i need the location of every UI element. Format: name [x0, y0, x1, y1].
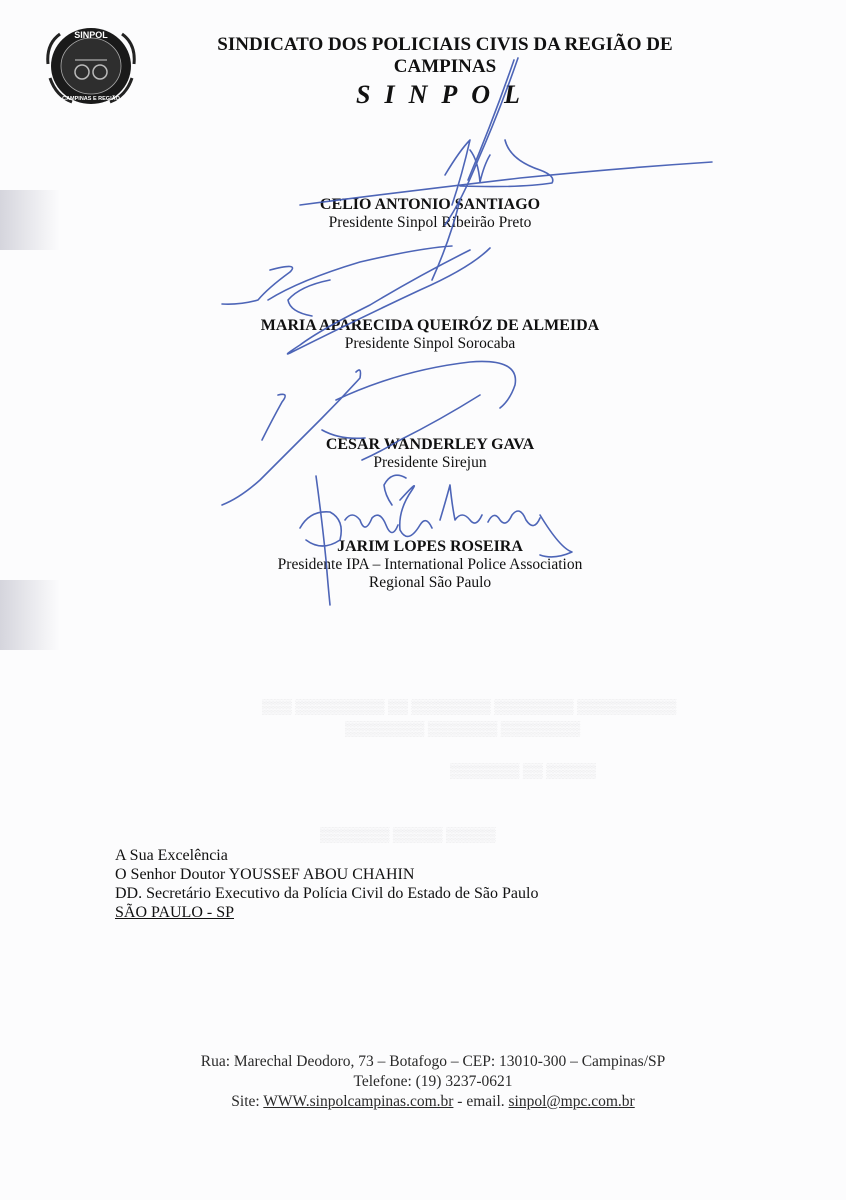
svg-text:SINPOL: SINPOL: [74, 30, 108, 40]
footer-phone: Telefone: (19) 3237-0621: [100, 1072, 766, 1092]
signature-stroke: [262, 394, 285, 440]
signatory-name: JARIM LOPES ROSEIRA: [210, 538, 650, 556]
signature-stroke: [460, 140, 553, 187]
signatory-block: JARIM LOPES ROSEIRA Presidente IPA – Int…: [210, 538, 650, 592]
recipient-city: SÃO PAULO - SP: [115, 903, 538, 922]
show-through-text: ▒▒▒▒▒▒▒ ▒▒▒▒▒ ▒▒▒▒▒: [320, 828, 496, 844]
svg-text:CAMPINAS E REGIÃO: CAMPINAS E REGIÃO: [62, 95, 120, 102]
recipient-title: DD. Secretário Executivo da Polícia Civi…: [115, 884, 538, 903]
signature-stroke: [345, 515, 398, 533]
footer-site-label: Site:: [231, 1093, 259, 1110]
organization-acronym: SINPOL: [170, 80, 720, 110]
letterhead: SINDICATO DOS POLICIAIS CIVIS DA REGIÃO …: [170, 34, 720, 110]
recipient-name: O Senhor Doutor YOUSSEF ABOU CHAHIN: [115, 865, 538, 884]
signatory-block: CESAR WANDERLEY GAVA Presidente Sirejun: [230, 436, 630, 472]
recipient-salutation: A Sua Excelência: [115, 846, 538, 865]
signatory-title-line2: Regional São Paulo: [210, 574, 650, 592]
signatory-name: CESAR WANDERLEY GAVA: [230, 436, 630, 454]
signature-stroke: [336, 361, 515, 408]
letterhead-footer: Rua: Marechal Deodoro, 73 – Botafogo – C…: [100, 1052, 766, 1112]
signatory-title: Presidente Sinpol Ribeirão Preto: [230, 214, 630, 232]
footer-contact-line: Site: WWW.sinpolcampinas.com.br - email.…: [100, 1092, 766, 1112]
signatory-title: Presidente IPA – International Police As…: [210, 556, 650, 574]
signatory-title: Presidente Sinpol Sorocaba: [200, 335, 660, 353]
signature-stroke: [268, 246, 452, 300]
signatory-block: CELIO ANTONIO SANTIAGO Presidente Sinpol…: [230, 196, 630, 232]
handwritten-signatures: [0, 0, 846, 1200]
sinpol-badge-icon: SINPOL CAMPINAS E REGIÃO: [42, 24, 140, 106]
signature-stroke: [384, 475, 406, 505]
signature-stroke: [222, 266, 293, 304]
signature-stroke: [440, 485, 482, 523]
signature-stroke: [488, 511, 540, 526]
signatory-name: CELIO ANTONIO SANTIAGO: [230, 196, 630, 214]
organization-name-line1: SINDICATO DOS POLICIAIS CIVIS DA REGIÃO …: [170, 34, 720, 56]
footer-address: Rua: Marechal Deodoro, 73 – Botafogo – C…: [100, 1052, 766, 1072]
signatory-title: Presidente Sirejun: [230, 454, 630, 472]
website-link[interactable]: WWW.sinpolcampinas.com.br: [263, 1093, 453, 1110]
email-link[interactable]: sinpol@mpc.com.br: [509, 1093, 635, 1110]
signature-stroke: [288, 280, 330, 316]
show-through-text: ▒▒▒▒▒▒▒ ▒▒ ▒▒▒▒▒: [450, 764, 596, 780]
recipient-address-block: A Sua Excelência O Senhor Doutor YOUSSEF…: [115, 846, 538, 922]
signatory-name: MARIA APARECIDA QUEIRÓZ DE ALMEIDA: [200, 317, 660, 335]
organization-name-line2: CAMPINAS: [170, 56, 720, 78]
scan-shadow-bottom: [0, 580, 60, 650]
show-through-text: ▒▒▒ ▒▒▒▒▒▒▒▒▒ ▒▒ ▒▒▒▒▒▒▒▒ ▒▒▒▒▒▒▒▒ ▒▒▒▒▒…: [262, 700, 676, 716]
signature-stroke: [400, 486, 432, 537]
signatory-block: MARIA APARECIDA QUEIRÓZ DE ALMEIDA Presi…: [200, 317, 660, 353]
show-through-text: ▒▒▒▒▒▒▒▒ ▒▒▒▒▒▒▒ ▒▒▒▒▒▒▒▒: [345, 722, 580, 738]
scan-shadow-top: [0, 190, 60, 250]
footer-separator: - email.: [457, 1093, 504, 1110]
signature-stroke: [470, 150, 490, 182]
